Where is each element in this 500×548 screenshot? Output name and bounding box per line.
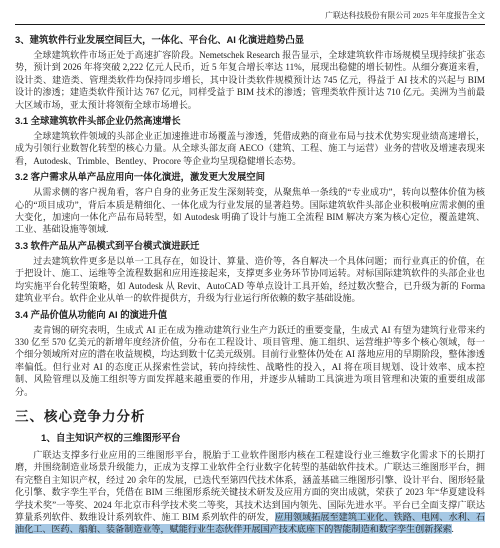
page-header: 广联达科技股份有限公司 2025 年年度报告全文 xyxy=(15,10,485,24)
section-3-2-paragraph: 从需求侧的客户视角看，客户自身的业务正发生深刻转变，从聚焦单一条线的“专业成功”… xyxy=(15,186,485,236)
section-3-2-heading: 3.2 客户需求从单产品应用向一体化演进，激发更大发展空间 xyxy=(15,171,485,183)
paragraph-text-post: . xyxy=(452,524,454,534)
section-3-heading: 3、建筑软件行业发展空间巨大，一体化、平台化、AI 化演进趋势凸显 xyxy=(15,34,485,46)
section-3-4-heading: 3.4 产品价值从功能向 AI 的演进升值 xyxy=(15,309,485,321)
subsection-1-heading: 1、自主知识产权的三维图形平台 xyxy=(15,433,485,445)
header-divider xyxy=(15,24,485,25)
report-page: 广联达科技股份有限公司 2025 年年度报告全文 3、建筑软件行业发展空间巨大，… xyxy=(0,0,500,548)
section-3-3-paragraph: 过去建筑软件更多是以单一工具存在，如设计、算量、造价等，各自解决一个具体问题；而… xyxy=(15,255,485,305)
section-3-1-heading: 3.1 全球建筑软件头部企业仍然高速增长 xyxy=(15,115,485,127)
report-title-text: 广联达科技股份有限公司 2025 年年度报告全文 xyxy=(325,11,485,20)
graphics-platform-paragraph: 广联达支撑多行业应用的三维图形平台，脱胎于工业软件图形内核在工程建设行业三维数字… xyxy=(15,449,485,536)
section-3-3-heading: 3.3 软件产品从产品模式到平台模式演进跃迁 xyxy=(15,240,485,252)
section-3-1-paragraph: 全球建筑软件领域的头部企业正加速推进市场覆盖与渗透，凭借成熟的商业布局与技术优势… xyxy=(15,130,485,167)
section-3-4-paragraph: 麦肯锡的研究表明，生成式 AI 正在成为推动建筑行业生产力跃迁的重要变量，生成式… xyxy=(15,324,485,398)
section-3-paragraph: 全球建筑软件市场正处于高速扩容阶段。Nemetschek Research 报告… xyxy=(15,49,485,111)
core-competitiveness-heading: 三、核心竞争力分析 xyxy=(15,409,485,425)
